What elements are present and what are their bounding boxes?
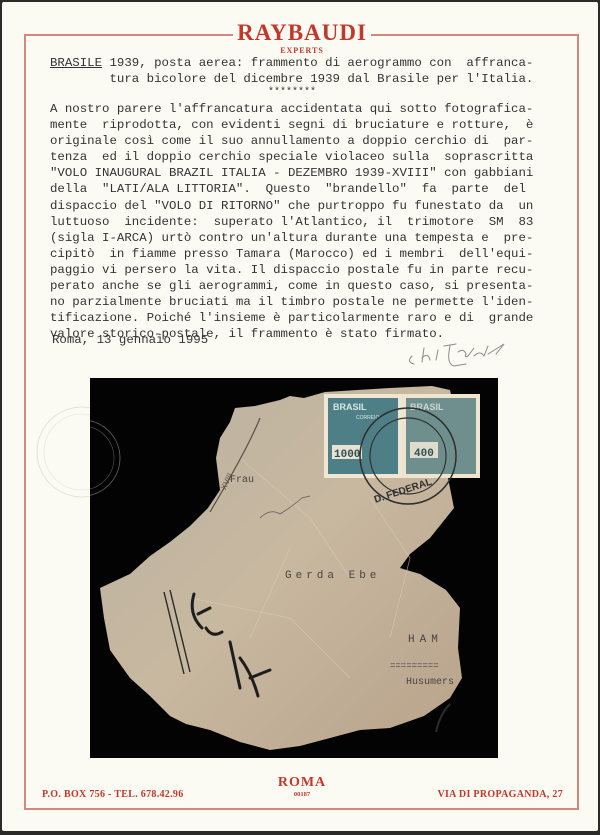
body-line: della "LATI/ALA LITTORIA". Questo "brand…: [50, 181, 533, 197]
body-line: tenza ed il doppio cerchio speciale viol…: [50, 149, 533, 165]
separator-stars: ********: [268, 85, 316, 101]
svg-text:1000: 1000: [334, 449, 360, 461]
body-line: paggio vi persero la vita. Il dispaccio …: [50, 262, 533, 278]
certificate-sheet: RAYBAUDI EXPERTS BRASILE 1939, posta aer…: [2, 2, 598, 831]
svg-text:BRASIL: BRASIL: [333, 402, 367, 412]
svg-text:HAM: HAM: [408, 634, 443, 646]
stamp-1000: BRASIL CORREIO 1000: [324, 394, 402, 478]
body-line: no parzialmente bruciati ma il timbro po…: [50, 294, 533, 310]
fragment-photograph: BRASIL CORREIO 1000 BRASIL 400 D. FEDERA…: [90, 378, 498, 758]
body-line: luttuoso incidente: superato l'Atlantico…: [50, 214, 533, 230]
body-line: A nostro parere l'affrancatura accidenta…: [50, 101, 533, 117]
svg-text:BRASIL: BRASIL: [410, 402, 444, 412]
subject-line1: 1939, posta aerea: frammento di aerogram…: [102, 56, 533, 70]
signature-icon: [384, 334, 524, 374]
brand-header: RAYBAUDI: [2, 20, 600, 46]
body-line: "VOLO INAUGURAL BRAZIL ITALIA - DEZEMBRO…: [50, 165, 533, 181]
footer-address: VIA DI PROPAGANDA, 27: [437, 789, 563, 800]
body-line: tificazione. Poiché l'insieme è particol…: [50, 310, 533, 326]
svg-text:Husumers: Husumers: [406, 677, 454, 688]
body-line: cipitò in fiamme presso Tamara (Marocco)…: [50, 246, 533, 262]
brand-name: RAYBAUDI: [233, 20, 371, 46]
subject-line: BRASILE 1939, posta aerea: frammento di …: [50, 55, 533, 71]
body-line: mente riprodotta, con evidenti segni di …: [50, 117, 533, 133]
body-line: originale così come il suo annullamento …: [50, 133, 533, 149]
body-line: dispaccio del "VOLO DI RITORNO" che purt…: [50, 198, 533, 214]
svg-text:Gerda Ebe: Gerda Ebe: [285, 570, 380, 582]
svg-text:Frau: Frau: [230, 475, 254, 486]
svg-text:=========: =========: [390, 661, 439, 671]
place-date: Roma, 13 gennaio 1995: [52, 332, 208, 348]
svg-text:400: 400: [414, 448, 434, 460]
certificate-body: A nostro parere l'affrancatura accidenta…: [50, 101, 533, 342]
brand-subtitle: EXPERTS: [2, 46, 600, 55]
subject-country: BRASILE: [50, 56, 102, 70]
body-line: perato anche se gli aerogrammi, come in …: [50, 278, 533, 294]
body-line: (sigla I-ARCA) urtò contro un'altura dur…: [50, 230, 533, 246]
